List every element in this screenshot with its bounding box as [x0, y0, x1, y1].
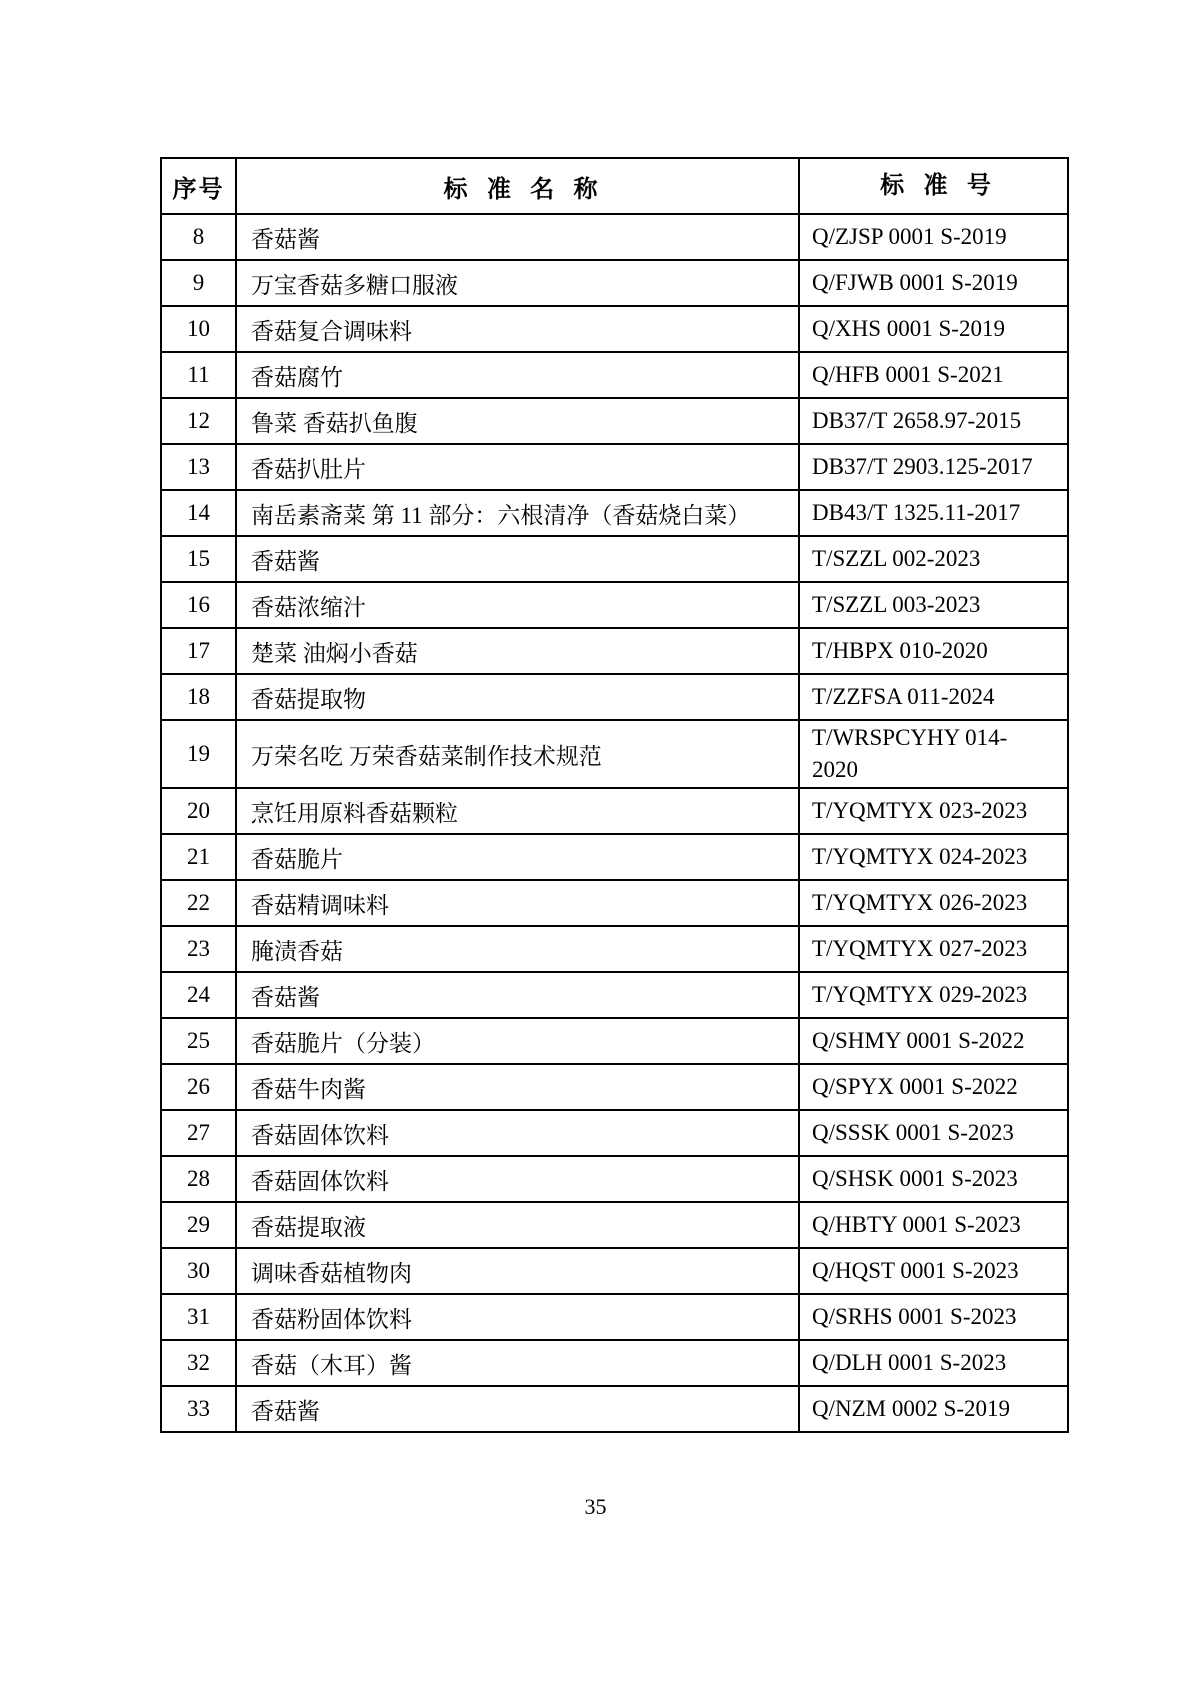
- standard-code: Q/HQST 0001 S-2023: [799, 1248, 1068, 1294]
- row-number: 33: [161, 1386, 236, 1432]
- standard-name: 香菇脆片（分装）: [236, 1018, 799, 1064]
- standard-code: DB43/T 1325.11-2017: [799, 490, 1068, 536]
- row-number: 22: [161, 880, 236, 926]
- standard-name: 香菇精调味料: [236, 880, 799, 926]
- standard-code: T/YQMTYX 029-2023: [799, 972, 1068, 1018]
- standard-name: 香菇固体饮料: [236, 1110, 799, 1156]
- row-number: 20: [161, 788, 236, 834]
- row-number: 10: [161, 306, 236, 352]
- table-row: 32 香菇（木耳）酱 Q/DLH 0001 S-2023: [161, 1340, 1068, 1386]
- table-row: 28 香菇固体饮料 Q/SHSK 0001 S-2023: [161, 1156, 1068, 1202]
- header-standard-name: 标 准 名 称: [236, 158, 799, 214]
- standards-table-header: 序号 标 准 名 称 标 准 号: [161, 158, 1068, 214]
- standard-code: T/SZZL 003-2023: [799, 582, 1068, 628]
- standard-name: 香菇提取物: [236, 674, 799, 720]
- standard-name: 万宝香菇多糖口服液: [236, 260, 799, 306]
- row-number: 19: [161, 720, 236, 788]
- standard-code: Q/NZM 0002 S-2019: [799, 1386, 1068, 1432]
- standard-name: 香菇粉固体饮料: [236, 1294, 799, 1340]
- table-row: 16 香菇浓缩汁 T/SZZL 003-2023: [161, 582, 1068, 628]
- table-row: 31 香菇粉固体饮料 Q/SRHS 0001 S-2023: [161, 1294, 1068, 1340]
- table-row: 27 香菇固体饮料 Q/SSSK 0001 S-2023: [161, 1110, 1068, 1156]
- standard-code: Q/HBTY 0001 S-2023: [799, 1202, 1068, 1248]
- standard-name: 香菇浓缩汁: [236, 582, 799, 628]
- standard-name: 南岳素斋菜 第 11 部分：六根清净（香菇烧白菜）: [236, 490, 799, 536]
- standard-code: Q/XHS 0001 S-2019: [799, 306, 1068, 352]
- standards-table-body: 8 香菇酱 Q/ZJSP 0001 S-2019 9 万宝香菇多糖口服液 Q/F…: [161, 214, 1068, 1432]
- table-row: 11 香菇腐竹 Q/HFB 0001 S-2021: [161, 352, 1068, 398]
- standard-name: 香菇酱: [236, 536, 799, 582]
- standard-name: 香菇酱: [236, 972, 799, 1018]
- table-row: 22 香菇精调味料 T/YQMTYX 026-2023: [161, 880, 1068, 926]
- table-row: 8 香菇酱 Q/ZJSP 0001 S-2019: [161, 214, 1068, 260]
- header-index: 序号: [161, 158, 236, 214]
- row-number: 29: [161, 1202, 236, 1248]
- table-row: 24 香菇酱 T/YQMTYX 029-2023: [161, 972, 1068, 1018]
- standard-code: DB37/T 2903.125-2017: [799, 444, 1068, 490]
- standard-name: 香菇腐竹: [236, 352, 799, 398]
- standard-name: 香菇脆片: [236, 834, 799, 880]
- table-row: 30 调味香菇植物肉 Q/HQST 0001 S-2023: [161, 1248, 1068, 1294]
- row-number: 21: [161, 834, 236, 880]
- table-row: 10 香菇复合调味料 Q/XHS 0001 S-2019: [161, 306, 1068, 352]
- standards-table: 序号 标 准 名 称 标 准 号 8 香菇酱 Q/ZJSP 0001 S-201…: [160, 157, 1069, 1433]
- standard-code: Q/SHSK 0001 S-2023: [799, 1156, 1068, 1202]
- standard-code: DB37/T 2658.97-2015: [799, 398, 1068, 444]
- row-number: 15: [161, 536, 236, 582]
- standard-code: T/ZZFSA 011-2024: [799, 674, 1068, 720]
- row-number: 31: [161, 1294, 236, 1340]
- standard-name: 楚菜 油焖小香菇: [236, 628, 799, 674]
- standard-name: 万荣名吃 万荣香菇菜制作技术规范: [236, 720, 799, 788]
- standard-code: T/YQMTYX 026-2023: [799, 880, 1068, 926]
- standard-name: 烹饪用原料香菇颗粒: [236, 788, 799, 834]
- standard-code: T/YQMTYX 023-2023: [799, 788, 1068, 834]
- table-row: 12 鲁菜 香菇扒鱼腹 DB37/T 2658.97-2015: [161, 398, 1068, 444]
- row-number: 9: [161, 260, 236, 306]
- standard-code: Q/DLH 0001 S-2023: [799, 1340, 1068, 1386]
- standard-name: 调味香菇植物肉: [236, 1248, 799, 1294]
- standard-name: 腌渍香菇: [236, 926, 799, 972]
- table-row: 29 香菇提取液 Q/HBTY 0001 S-2023: [161, 1202, 1068, 1248]
- standard-code: Q/HFB 0001 S-2021: [799, 352, 1068, 398]
- standard-name: 香菇酱: [236, 214, 799, 260]
- row-number: 14: [161, 490, 236, 536]
- row-number: 27: [161, 1110, 236, 1156]
- standard-code: Q/SPYX 0001 S-2022: [799, 1064, 1068, 1110]
- row-number: 24: [161, 972, 236, 1018]
- standard-code: T/YQMTYX 024-2023: [799, 834, 1068, 880]
- row-number: 28: [161, 1156, 236, 1202]
- standard-code: T/WRSPCYHY 014- 2020: [799, 720, 1068, 788]
- standard-name: 香菇（木耳）酱: [236, 1340, 799, 1386]
- row-number: 8: [161, 214, 236, 260]
- standard-name: 香菇酱: [236, 1386, 799, 1432]
- standard-name: 香菇复合调味料: [236, 306, 799, 352]
- table-row: 9 万宝香菇多糖口服液 Q/FJWB 0001 S-2019: [161, 260, 1068, 306]
- header-standard-code: 标 准 号: [799, 158, 1068, 214]
- standard-code: Q/SRHS 0001 S-2023: [799, 1294, 1068, 1340]
- row-number: 30: [161, 1248, 236, 1294]
- table-row: 26 香菇牛肉酱 Q/SPYX 0001 S-2022: [161, 1064, 1068, 1110]
- row-number: 25: [161, 1018, 236, 1064]
- standard-name: 香菇提取液: [236, 1202, 799, 1248]
- table-row: 25 香菇脆片（分装） Q/SHMY 0001 S-2022: [161, 1018, 1068, 1064]
- standard-code: T/HBPX 010-2020: [799, 628, 1068, 674]
- row-number: 13: [161, 444, 236, 490]
- standard-code: Q/FJWB 0001 S-2019: [799, 260, 1068, 306]
- row-number: 16: [161, 582, 236, 628]
- standard-name: 香菇扒肚片: [236, 444, 799, 490]
- standard-code: T/SZZL 002-2023: [799, 536, 1068, 582]
- row-number: 18: [161, 674, 236, 720]
- table-row: 33 香菇酱 Q/NZM 0002 S-2019: [161, 1386, 1068, 1432]
- row-number: 26: [161, 1064, 236, 1110]
- table-row: 17 楚菜 油焖小香菇 T/HBPX 010-2020: [161, 628, 1068, 674]
- standard-code: Q/SHMY 0001 S-2022: [799, 1018, 1068, 1064]
- table-row: 13 香菇扒肚片 DB37/T 2903.125-2017: [161, 444, 1068, 490]
- standard-code: T/YQMTYX 027-2023: [799, 926, 1068, 972]
- standard-name: 鲁菜 香菇扒鱼腹: [236, 398, 799, 444]
- table-row: 20 烹饪用原料香菇颗粒 T/YQMTYX 023-2023: [161, 788, 1068, 834]
- standard-code: Q/ZJSP 0001 S-2019: [799, 214, 1068, 260]
- row-number: 17: [161, 628, 236, 674]
- row-number: 23: [161, 926, 236, 972]
- row-number: 32: [161, 1340, 236, 1386]
- table-row: 19 万荣名吃 万荣香菇菜制作技术规范 T/WRSPCYHY 014- 2020: [161, 720, 1068, 788]
- standard-name: 香菇牛肉酱: [236, 1064, 799, 1110]
- header-row: 序号 标 准 名 称 标 准 号: [161, 158, 1068, 214]
- row-number: 12: [161, 398, 236, 444]
- table-row: 15 香菇酱 T/SZZL 002-2023: [161, 536, 1068, 582]
- row-number: 11: [161, 352, 236, 398]
- table-row: 21 香菇脆片 T/YQMTYX 024-2023: [161, 834, 1068, 880]
- standard-code: Q/SSSK 0001 S-2023: [799, 1110, 1068, 1156]
- table-row: 18 香菇提取物 T/ZZFSA 011-2024: [161, 674, 1068, 720]
- table-row: 23 腌渍香菇 T/YQMTYX 027-2023: [161, 926, 1068, 972]
- table-row: 14 南岳素斋菜 第 11 部分：六根清净（香菇烧白菜） DB43/T 1325…: [161, 490, 1068, 536]
- standard-name: 香菇固体饮料: [236, 1156, 799, 1202]
- page-number: 35: [0, 1494, 1191, 1520]
